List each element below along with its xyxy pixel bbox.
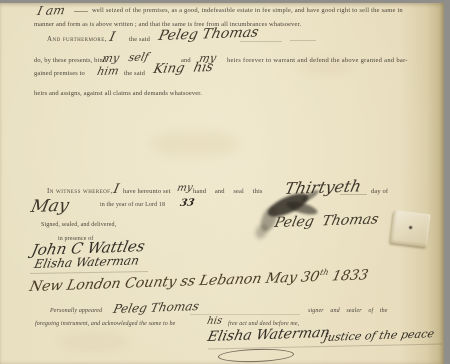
ack-hand-his: his: [206, 315, 223, 327]
hand-my-self: my self: [101, 50, 150, 65]
the-said-1: the said: [129, 36, 150, 43]
testimonium-t1: have hereunto set: [123, 188, 171, 195]
paper-stain: [150, 131, 240, 157]
hand-him: him: [96, 64, 120, 78]
defend-line1a: do, by these presents, bind: [34, 57, 106, 64]
flourish-dash: [290, 40, 316, 41]
witness2-signature: Elisha Waterman: [33, 253, 141, 271]
venue-year: 1833: [330, 267, 369, 284]
warranty-line1: well seized of the premises, as a good, …: [92, 7, 403, 14]
ack-line3: foregoing instrument, and acknowledged t…: [35, 321, 175, 327]
hand-opening: I am: [36, 3, 66, 18]
venue-ordinal: th: [319, 268, 329, 277]
flourish-dash: [340, 194, 367, 195]
furthermore-label: And furthermore,: [47, 35, 107, 43]
the-said-2: the said: [124, 70, 145, 77]
scanned-deed-document: I am well seized of the premises, as a g…: [0, 0, 450, 364]
defend-line1c: heirs forever to warrant and defend the …: [227, 57, 408, 64]
wafer-seal: [390, 210, 431, 247]
seal-center-mark: [409, 226, 412, 229]
hand-my-2: my: [176, 182, 194, 194]
hand-month: May: [29, 196, 71, 217]
hand-grantee: King his: [152, 60, 215, 77]
defend-line2a: gained premises to: [34, 70, 85, 77]
testimonium-t4: in the year of our Lord 18: [100, 202, 165, 208]
flourish-dash: [74, 11, 88, 12]
witness-label: In witness whereof,: [47, 187, 113, 195]
justice-signature: Elisha Waterman: [206, 325, 331, 345]
flourish-dash: [240, 41, 282, 42]
flourish-dash: [190, 314, 300, 315]
hand-i-2: I: [112, 182, 120, 197]
paper-stain: [60, 333, 130, 351]
defend-line3: heirs and assigns, against all claims an…: [34, 90, 202, 97]
testimonium-t3: day of: [371, 188, 388, 195]
venue-line: New London County ss Lebanon May 30th 18…: [28, 266, 370, 295]
ack-hand-name: Peleg Thomas: [112, 299, 200, 316]
testimonium-t2: hand and seal this: [193, 188, 263, 195]
hand-i: I: [108, 30, 116, 45]
justice-title: Justice of the peace: [322, 327, 435, 344]
ink-blot: [256, 192, 332, 250]
ack-line1: Personally appeared: [50, 308, 102, 314]
ack-line2: signer and sealer of the: [308, 308, 388, 314]
signature-flourish: [218, 348, 294, 364]
signed-label: Signed, sealed, and delivered,: [41, 222, 116, 228]
paper-sheet: I am well seized of the premises, as a g…: [0, 3, 444, 364]
hand-year: 33: [179, 198, 195, 209]
signature-underline: [208, 344, 442, 350]
